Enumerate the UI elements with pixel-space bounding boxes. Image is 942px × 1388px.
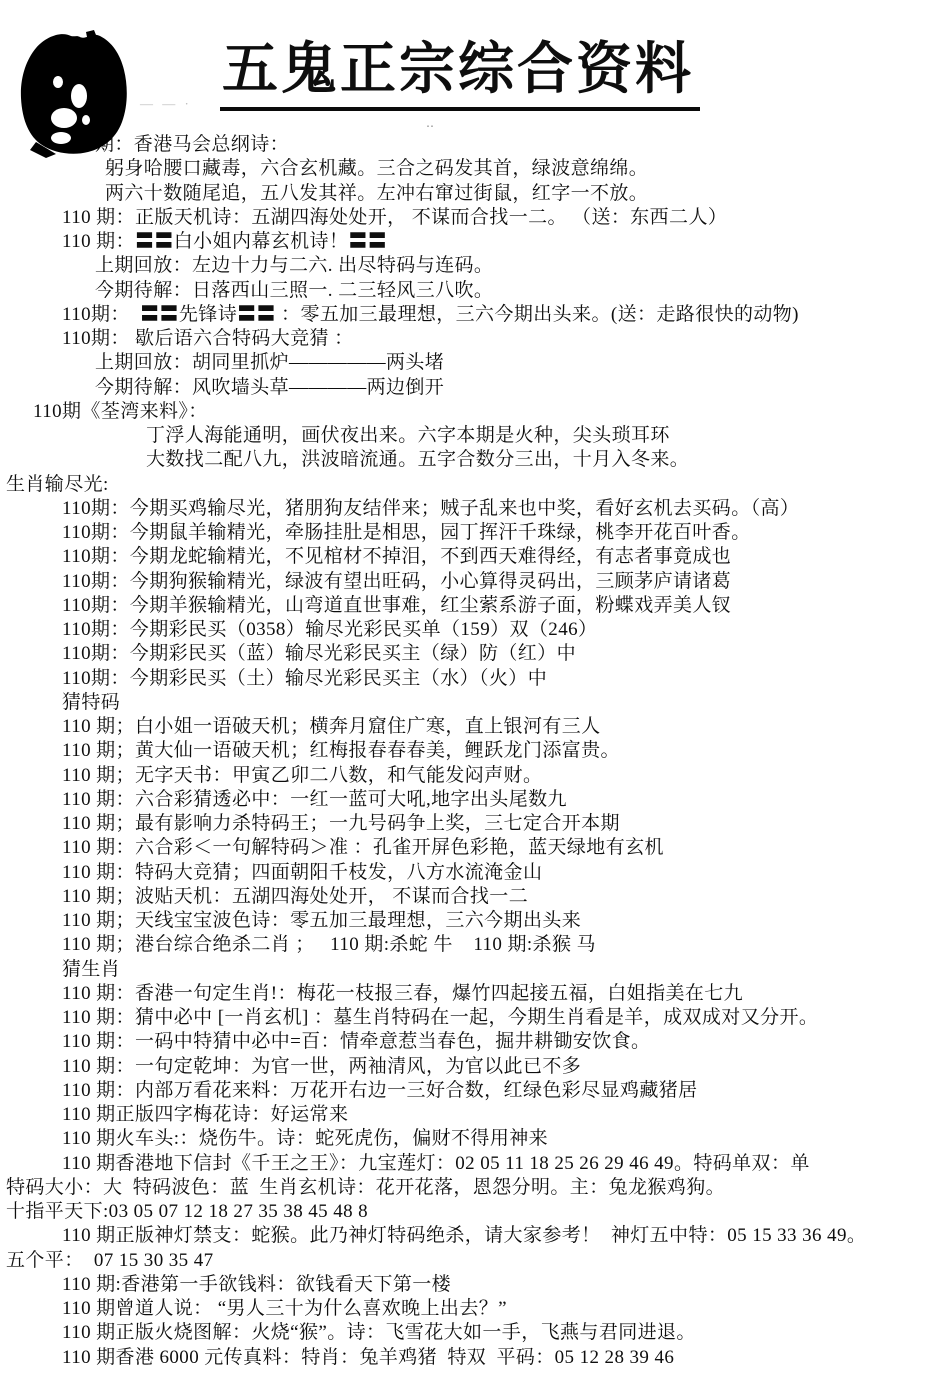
text-line: 110 期；白小姐一语破天机；横奔月窟住广寒，直上银河有三人 [0,715,942,739]
text-line: 110 期正版四字梅花诗：好运常来 [0,1103,942,1127]
text-line: 110 期；波贴天机：五湖四海处处开， 不谋而合找一二 [0,885,942,909]
text-line: 110 期；无字天书：甲寅乙卯二八数，和气能发闷声财。 [0,764,942,788]
text-line: 110期：今期羊猴输精光，山弯道直世事难，红尘萦系游子面，粉蝶戏弄美人钗 [0,594,942,618]
text-line: 110 期；最有影响力杀特码王；一九号码争上奖，三七定合开本期 [0,812,942,836]
text-line: 110 期：香港一句定生肖!：梅花一枝报三春，爆竹四起接五福，白姐指美在七九 [0,982,942,1006]
text-line: 110 期：内部万看花来料：万花开右边一三好合数，红绿色彩尽显鸡藏猪居 [0,1079,942,1103]
text-line: 两六十数随尾追，五八发其祥。左冲右窜过街鼠，红字一不放。 [0,182,942,206]
text-line: 110 期正版神灯禁支：蛇猴。此乃神灯特码绝杀，请大家参考！ 神灯五中特：05 … [0,1224,942,1248]
text-line: 今期待解：日落西山三照一. 二三轻风三八吹。 [0,279,942,303]
text-line: 110 期：猜中必中 [一肖玄机] ：墓生肖特码在一起，今期生肖看是羊，成双成对… [0,1006,942,1030]
document-page: — — · ‥ 五鬼正宗综合资料 期：香港马会总纲诗：躬身哈腰口藏毒，六合玄机藏… [0,0,942,1388]
text-line: 期：香港马会总纲诗： [0,133,942,157]
text-line: 110期： 〓〓先锋诗〓〓 ：零五加三最理想，三六今期出头来。(送：走路很快的动… [0,303,942,327]
text-line: 110 期香港地下信封《千王之王》：九宝莲灯：02 05 11 18 25 26… [0,1152,942,1176]
scan-smudge-left: — — · [140,96,192,112]
text-line: 110 期正版火烧图解：火烧“猴”。诗：飞雪花大如一手，飞燕与君同进退。 [0,1321,942,1345]
text-line: 丁浮人海能通明，画伏夜出来。六字本期是火种，尖头琐耳环 [0,424,942,448]
text-line: 特码大小：大 特码波色：蓝 生肖玄机诗：花开花落，恩怨分明。主：兔龙猴鸡狗。 [0,1176,942,1200]
text-line: 110期：今期狗猴输精光，绿波有望出旺码，小心算得灵码出，三顾茅庐请诸葛 [0,570,942,594]
text-line: 110期： 歇后语六合特码大竞猜 ： [0,327,942,351]
text-line: 猜特码 [0,691,942,715]
text-line: 生肖输尽光: [0,473,942,497]
text-line: 110期：今期彩民买（土）输尽光彩民买主（水）（火）中 [0,667,942,691]
text-line: 躬身哈腰口藏毒，六合玄机藏。三合之码发其首，绿波意绵绵。 [0,157,942,181]
text-line: 110 期：〓〓白小姐内幕玄机诗！〓〓 [0,230,942,254]
text-line: 110 期香港 6000 元传真料：特肖：兔羊鸡猪 特双 平码：05 12 28… [0,1346,942,1370]
page-title: 五鬼正宗综合资料 [220,40,700,111]
text-line: 110 期；天线宝宝波色诗：零五加三最理想，三六今期出头来 [0,909,942,933]
scan-smudge-center: ‥ [426,116,435,131]
text-line: 110 期：正版天机诗：五湖四海处处开， 不谋而合找一二。 （送：东西二人） [0,206,942,230]
text-line: 上期回放：左边十力与二六. 出尽特码与连码。 [0,254,942,278]
text-line: 十指平天下:03 05 07 12 18 27 35 38 45 48 8 [0,1200,942,1224]
text-line: 110 期曾道人说： “男人三十为什么喜欢晚上出去？” [0,1297,942,1321]
text-line: 110 期；港台综合绝杀二肖 ； 110 期:杀蛇 牛 110 期:杀猴 马 [0,933,942,957]
text-line: 猜生肖 [0,958,942,982]
text-line: 110期：今期买鸡输尽光，猪朋狗友结伴来；贼子乱来也中奖，看好玄机去买码。（高） [0,497,942,521]
text-line: 五个平： 07 15 30 35 47 [0,1249,942,1273]
text-line: 110 期：六合彩＜一句解特码＞准 ：孔雀开屏色彩艳，蓝天绿地有玄机 [0,836,942,860]
text-line: 今期待解：风吹墙头草————两边倒开 [0,376,942,400]
text-line: 110期《荃湾来料》： [0,400,942,424]
text-line: 大数找二配八九，洪波暗流通。五字合数分三出，十月入冬来。 [0,448,942,472]
text-line: 110 期:香港第一手欲钱料：欲钱看天下第一楼 [0,1273,942,1297]
text-line: 110期：今期彩民买（蓝）输尽光彩民买主（绿）防（红）中 [0,642,942,666]
text-line: 上期回放：胡同里抓炉—————两头堵 [0,351,942,375]
text-lines: 期：香港马会总纲诗：躬身哈腰口藏毒，六合玄机藏。三合之码发其首，绿波意绵绵。两六… [0,133,942,1370]
text-line: 110 期：特码大竞猜；四面朝阳千枝发，八方水流淹金山 [0,861,942,885]
text-line: 110 期；黄大仙一语破天机；红梅报春春春美，鲤跃龙门添富贵。 [0,739,942,763]
text-line: 110 期：六合彩猜透必中：一红一蓝可大吼,地字出头尾数九 [0,788,942,812]
ink-stamp-logo [16,30,136,158]
text-line: 110 期：一句定乾坤：为官一世，两袖清风，为官以此已不多 [0,1055,942,1079]
text-line: 110 期火车头:：烧伤牛。诗：蛇死虎伤，偏财不得用神来 [0,1127,942,1151]
text-line: 110期：今期彩民买（0358）输尽光彩民买单（159）双（246） [0,618,942,642]
text-line: 110 期：一码中特猜中必中=百：情牵意惹当春色，掘井耕锄安饮食。 [0,1030,942,1054]
text-line: 110期：今期鼠羊输精光，牵肠挂肚是相思，园丁挥汗千珠绿，桃李开花百叶香。 [0,521,942,545]
text-line: 110期：今期龙蛇输精光，不见棺材不掉泪，不到西天难得经，有志者事竟成也 [0,545,942,569]
